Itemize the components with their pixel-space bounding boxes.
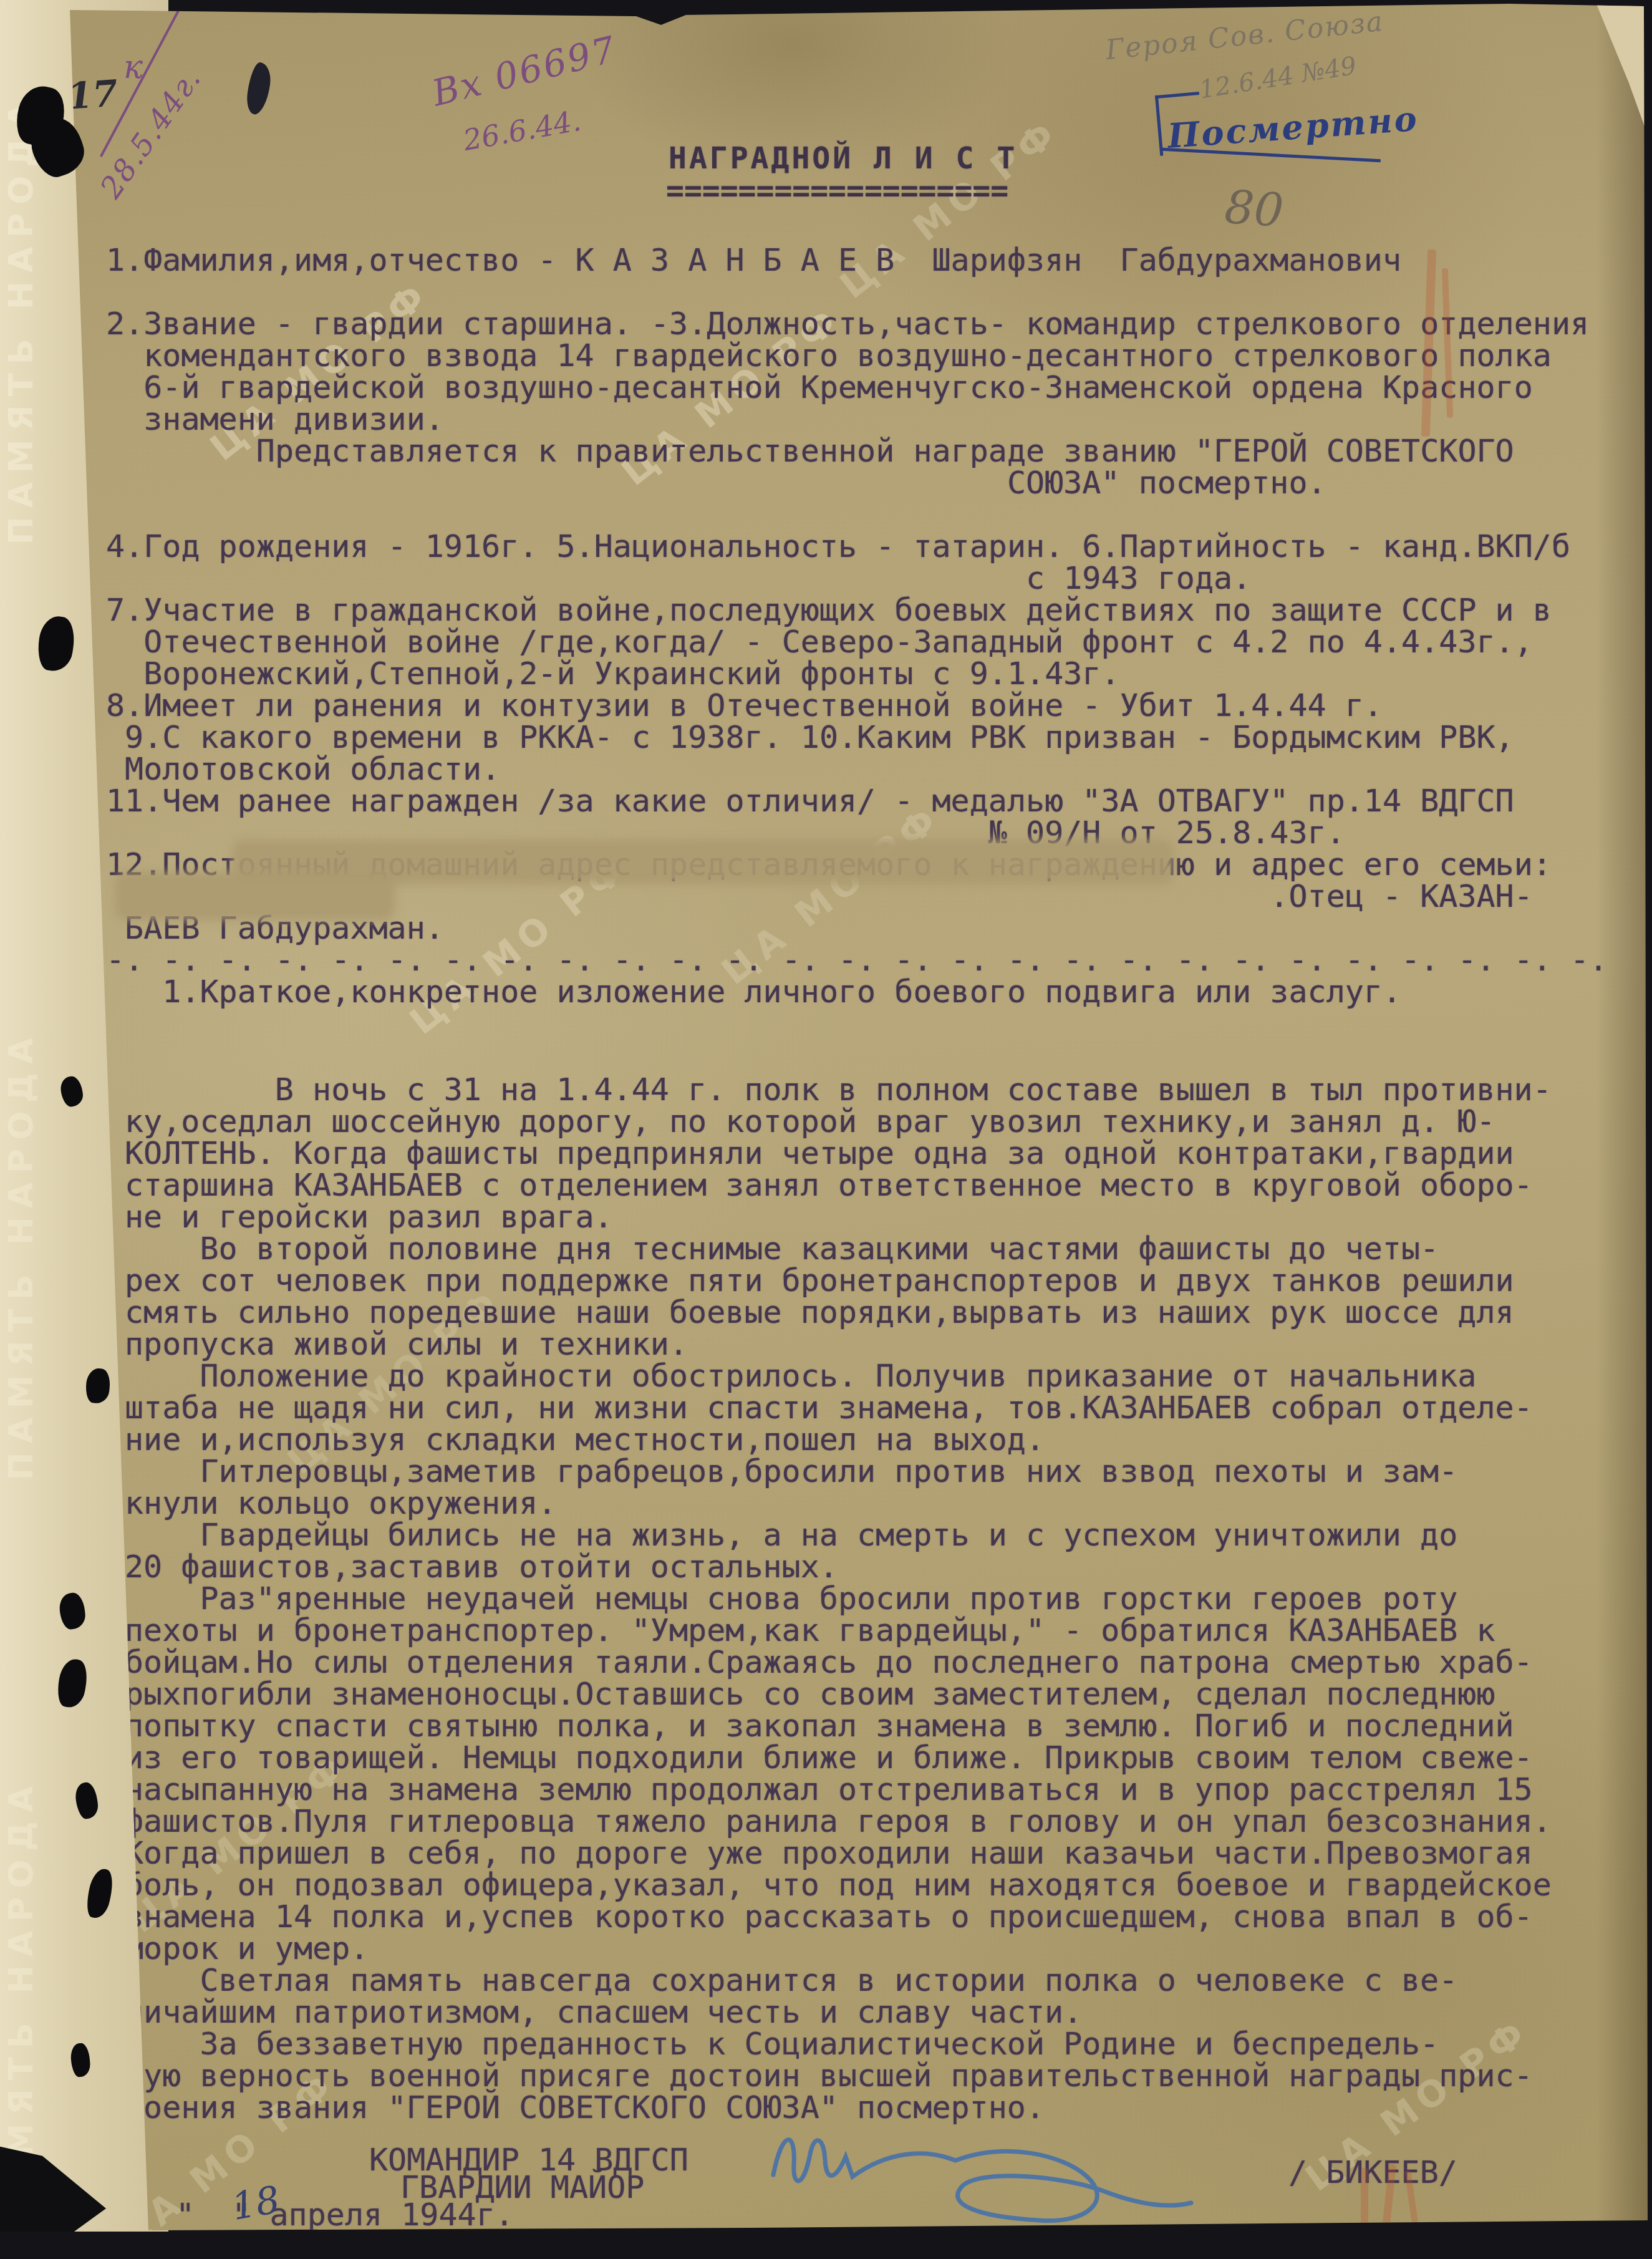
typed-line: бойцам.Но силы отделения таяли.Сражаясь … <box>125 1647 1552 1678</box>
archive-page-number: 17 <box>66 72 119 117</box>
incoming-date: 26.6.44. <box>461 104 584 157</box>
typed-line: Представляется к правительственной награ… <box>106 435 1608 467</box>
typed-line: 2.Звание - гвардии старшина. -3.Должност… <box>106 308 1608 340</box>
typed-line <box>106 499 1608 531</box>
typed-line: старшина КАЗАНБАЕВ с отделением занял от… <box>125 1169 1552 1201</box>
typed-line: пехоты и бронетранспортер. "Умрем,как гв… <box>125 1615 1552 1647</box>
typed-line: Светлая память навсегда сохранится в ист… <box>125 1965 1552 1996</box>
typed-line: БАЕВ Габдурахман. <box>106 912 1608 944</box>
typed-line: Во второй половине дня теснимые казацким… <box>125 1233 1552 1265</box>
document-title: НАГРАДНОЙ Л И С Т <box>669 141 1017 176</box>
title-underline: =================== <box>666 173 1008 208</box>
ink-blot <box>244 61 273 116</box>
typed-line <box>106 276 1608 308</box>
incoming-number: Вх 06697 <box>428 27 621 114</box>
typed-line: знамена 14 полка и,успев коротко рассказ… <box>125 1901 1552 1933</box>
typed-line: ку,оседлал шоссейную дорогу, по которой … <box>125 1106 1552 1138</box>
typed-line: 9.С какого времени в РККА- с 1938г. 10.К… <box>106 722 1608 753</box>
typed-line: 1.Краткое,конкретное изложение личного б… <box>106 976 1608 1008</box>
date-line: " " апреля 1944г. <box>176 2199 514 2231</box>
typed-line: 1.Фамилия,имя,отчество - К А З А Н Б А Е… <box>106 244 1608 276</box>
handwritten-day: 18 <box>229 2178 283 2229</box>
typed-line: КОЛТЕНЬ. Когда фашисты предприняли четыр… <box>125 1138 1552 1169</box>
typed-line: кнули кольцо окружения. <box>125 1487 1552 1519</box>
typed-line: насыпанную на знамена землю продолжал от… <box>125 1774 1552 1806</box>
typed-line: За беззаветную преданность к Социалистич… <box>125 2028 1552 2060</box>
typed-line: ную верность военной присяге достоин выс… <box>125 2060 1552 2092</box>
document-scan: ЦА МО РФ ЦА МО РФ ЦА МО РФ ЦА МО РФ ЦА М… <box>0 0 1652 2259</box>
typed-line: 8.Имеет ли ранения и контузии в Отечеств… <box>106 690 1608 722</box>
typed-line: смять сильно поредевшие наши боевые поря… <box>125 1297 1552 1328</box>
typed-line: Гвардейцы бились не на жизнь, а на смерт… <box>125 1519 1552 1551</box>
signer-name: / БИКЕЕВ/ <box>1288 2157 1457 2189</box>
citation-body: В ночь с 31 на 1.4.44 г. полк в полном с… <box>125 1074 1552 2124</box>
typed-line: из его товарищей. Немцы подходили ближе … <box>125 1742 1552 1774</box>
typed-line: Когда пришел в себя, по дороге уже прохо… <box>125 1837 1552 1869</box>
typed-line: Гитлеровцы,заметив грабрецов,бросили про… <box>125 1456 1552 1487</box>
signature-flourish <box>736 2116 1210 2253</box>
pencil-page-number: 80 <box>1223 180 1285 238</box>
redaction-smear <box>238 846 1167 878</box>
posthumous-underline <box>1161 148 1381 162</box>
typed-line: Воронежский,Степной,2-й Украинский фронт… <box>106 658 1608 690</box>
typed-line: № 09/Н от 25.8.43г. <box>106 817 1608 849</box>
award-sheet-page: ЦА МО РФ ЦА МО РФ ЦА МО РФ ЦА МО РФ ЦА М… <box>0 0 1652 2259</box>
pencil-date-note: 12.6.44 №49 <box>1197 51 1358 104</box>
typed-line: комендантского взвода 14 гвардейского во… <box>106 340 1608 372</box>
typed-line: боль, он подозвал офицера,указал, что по… <box>125 1869 1552 1901</box>
typed-line: 4.Год рождения - 1916г. 5.Национальность… <box>106 531 1608 563</box>
typed-line: рех сот человек при поддержке пяти броне… <box>125 1265 1552 1297</box>
typed-line: попытку спасти святыню полка, и закопал … <box>125 1710 1552 1742</box>
typed-line: В ночь с 31 на 1.4.44 г. полк в полном с… <box>125 1074 1552 1106</box>
typed-line: -. -. -. -. -. -. -. -. -. -. -. -. -. -… <box>106 944 1608 976</box>
typed-line: Молотовской области. <box>106 753 1608 785</box>
typed-line: не и геройски разил врага. <box>125 1201 1552 1233</box>
typed-line: морок и умер. <box>125 1933 1552 1965</box>
typed-line: ние и,используя складки местности,пошел … <box>125 1424 1552 1456</box>
typed-line: личайшим патриотизмом, спасшем честь и с… <box>125 1996 1552 2028</box>
resolution-letter: к <box>123 49 143 86</box>
typed-line: 6-й гвардейской воздушно-десантной Креме… <box>106 372 1608 404</box>
typed-line: рыхпогибли знаменоносцы.Оставшись со сво… <box>125 1678 1552 1710</box>
redaction-smear <box>121 878 389 914</box>
posthumous-note: Посмертно <box>1166 99 1419 156</box>
typed-line: 20 фашистов,заставив отойти остальных. <box>125 1551 1552 1583</box>
typed-line: пропуска живой силы и техники. <box>125 1328 1552 1360</box>
typed-line: 11.Чем ранее награжден /за какие отличия… <box>106 785 1608 817</box>
typed-line: СОЮЗА" посмертно. <box>106 467 1608 499</box>
typed-line: штаба не щадя ни сил, ни жизни спасти зн… <box>125 1392 1552 1424</box>
typed-line: знамени дивизии. <box>106 404 1608 435</box>
typed-line: 7.Участие в гражданской войне,последующи… <box>106 594 1608 626</box>
typed-line: Положение до крайности обострилось. Полу… <box>125 1360 1552 1392</box>
typed-line: фашистов.Пуля гитлеровца тяжело ранила г… <box>125 1806 1552 1837</box>
typed-line: Отечественной войне /где,когда/ - Северо… <box>106 626 1608 658</box>
typed-line: с 1943 года. <box>106 563 1608 594</box>
typed-line: Раз"яренные неудачей немцы снова бросили… <box>125 1583 1552 1615</box>
